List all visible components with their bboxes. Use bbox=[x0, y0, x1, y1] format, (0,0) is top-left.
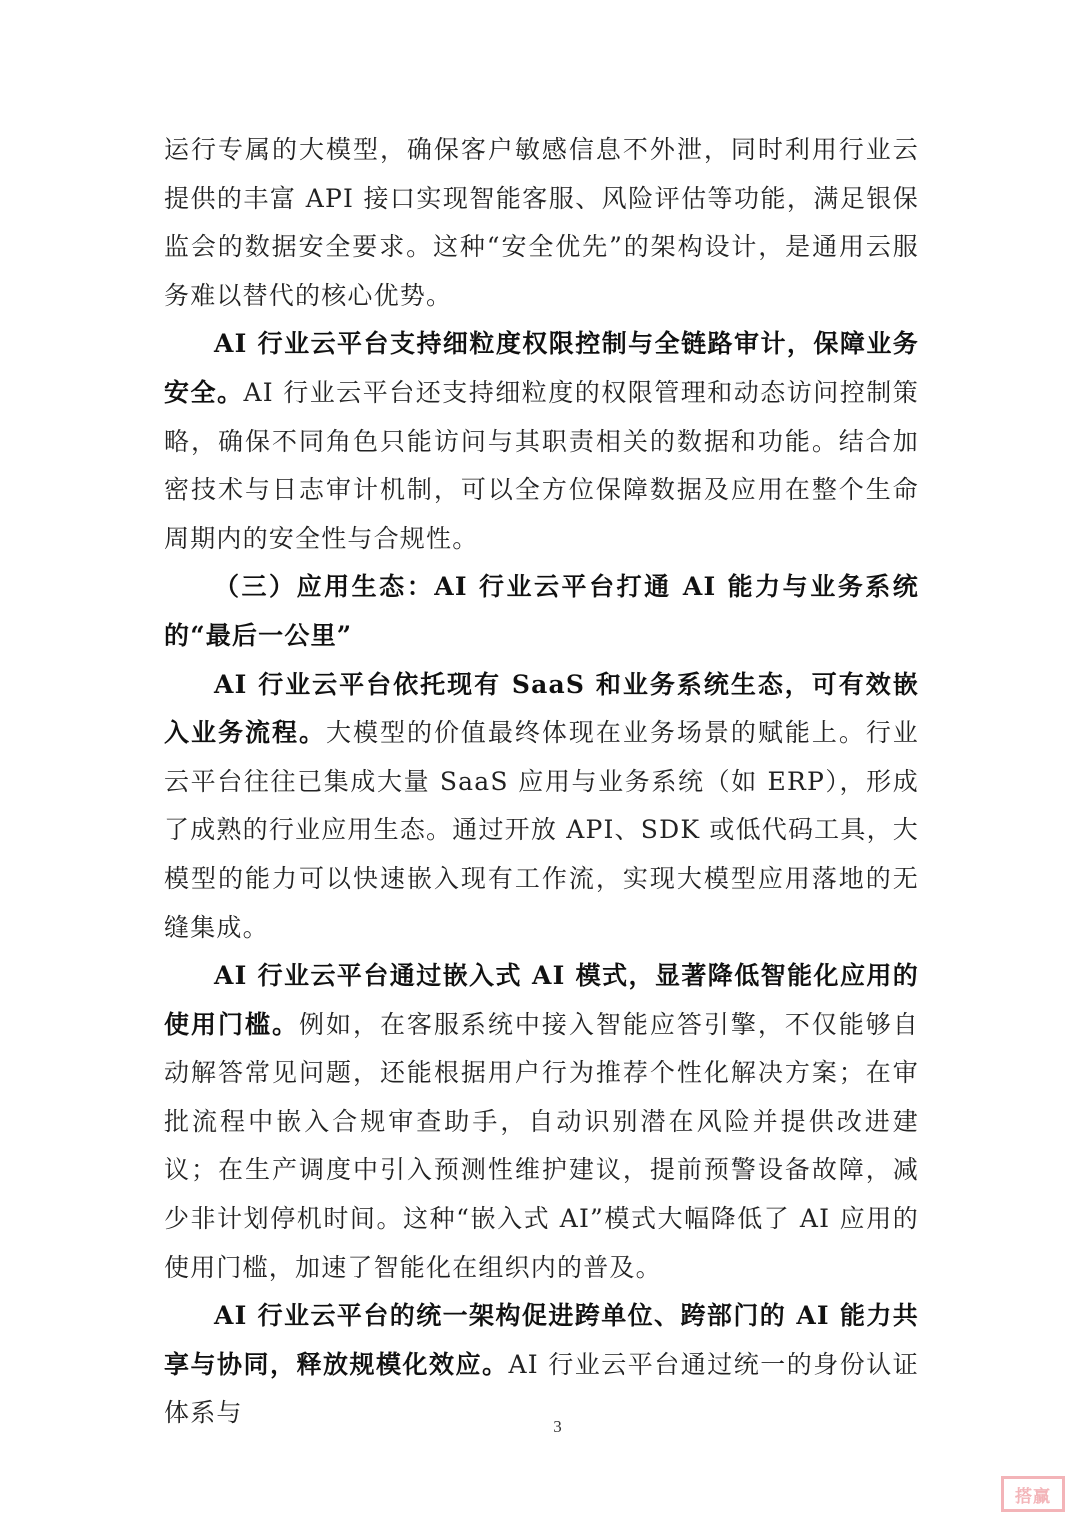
paragraph-saas-ecosystem: AI 行业云平台依托现有 SaaS 和业务系统生态，可有效嵌入业务流程。大模型的… bbox=[164, 661, 919, 953]
paragraph-text: 例如，在客服系统中接入智能应答引擎，不仅能够自动解答常见问题，还能根据用户行为推… bbox=[164, 1010, 919, 1282]
section-heading: （三）应用生态：AI 行业云平台打通 AI 能力与业务系统的“最后一公里” bbox=[164, 563, 919, 660]
paragraph-continuation: 运行专属的大模型，确保客户敏感信息不外泄，同时利用行业云提供的丰富 API 接口… bbox=[164, 126, 919, 320]
paragraph-embedded-ai: AI 行业云平台通过嵌入式 AI 模式，显著降低智能化应用的使用门槛。例如，在客… bbox=[164, 952, 919, 1292]
document-body: 运行专属的大模型，确保客户敏感信息不外泄，同时利用行业云提供的丰富 API 接口… bbox=[164, 126, 919, 1438]
paragraph-text: AI 行业云平台还支持细粒度的权限管理和动态访问控制策略，确保不同角色只能访问与… bbox=[164, 378, 919, 553]
paragraph-text: 大模型的价值最终体现在业务场景的赋能上。行业云平台往往已集成大量 SaaS 应用… bbox=[164, 718, 919, 941]
paragraph-security-audit: AI 行业云平台支持细粒度权限控制与全链路审计，保障业务安全。AI 行业云平台还… bbox=[164, 320, 919, 563]
page-number: 3 bbox=[0, 1417, 1080, 1437]
paragraph-text: 运行专属的大模型，确保客户敏感信息不外泄，同时利用行业云提供的丰富 API 接口… bbox=[164, 135, 919, 310]
watermark-seal-icon: 搭赢 bbox=[1001, 1476, 1065, 1512]
